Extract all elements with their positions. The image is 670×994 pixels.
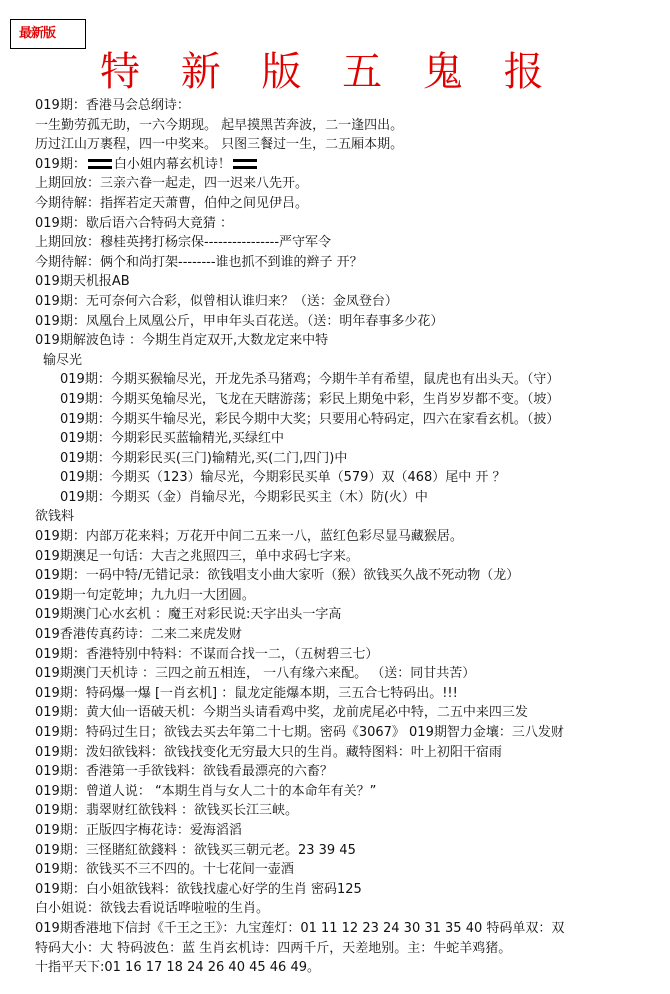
text-line: 019期：欲钱买不三不四的。十七花间一壶酒: [35, 860, 670, 880]
text-line: 019期香港地下信封《千王之王》：九宝莲灯：01 11 12 23 24 30 …: [35, 919, 670, 939]
text-line: 019期解波色诗 ：今期生肖定双开,大数龙定来中特: [35, 331, 670, 351]
text-line: 一生勤劳孤无助，一六今期现。 起早摸黑苦奔波，二一逢四出。: [35, 116, 670, 136]
text-line: 019期：泼妇欲钱料：欲钱找变化无穷最大只的生肖。藏特图料：叶上初阳干宿雨: [35, 743, 670, 763]
text-line: 今期待解：俩个和尚打架--------谁也抓不到谁的辫子 开？: [35, 253, 670, 273]
text-line: 019香港传真药诗：二来二来虎发财: [35, 625, 670, 645]
text-line: 019期澳足一句话：大吉之兆照四三，单中求码七字来。: [35, 547, 670, 567]
text-line: 019期：白小姐欲钱料：欲钱找虚心好学的生肖 密码125: [35, 880, 670, 900]
section-heading: 019期天机报AB: [35, 272, 670, 292]
badge-label: 最新版: [19, 22, 55, 41]
line-prefix: 019期：: [35, 157, 86, 172]
text-line: 019期：今期买（金）肖输尽光，今期彩民买主（木）防(火）中: [35, 488, 670, 508]
text-line: 019期：三怪賭紅欲錢料 ：欲钱买三朝元老。23 39 45: [35, 841, 670, 861]
text-line: 019期：内部万花来料；万花开中间二五来一八，蓝红色彩尽显马藏猴居。: [35, 527, 670, 547]
text-line: 019期：香港马会总纲诗：: [35, 96, 670, 116]
double-bar-icon: [88, 159, 112, 169]
text-line: 特码大小：大 特码波色：蓝 生肖玄机诗：四两千斤，天差地别。主：牛蛇羊鸡猪。: [35, 939, 670, 959]
section-heading: 欲钱料: [35, 507, 670, 527]
text-line: 019期：香港第一手欲钱料：欲钱看最漂亮的六畜？: [35, 762, 670, 782]
text-line: 019期：无可奈何六合彩，似曾相认谁归来？（送：金凤登台）: [35, 292, 670, 312]
text-line: 019期：翡翠财红欲钱料 ：欲钱买长江三峡。: [35, 801, 670, 821]
text-line: 019期：今期买兔输尽光，飞龙在天瞎游荡；彩民上期兔中彩，生肖岁岁都不变。（坡）: [35, 390, 670, 410]
document-body: 019期：香港马会总纲诗： 一生勤劳孤无助，一六今期现。 起早摸黑苦奔波，二一逢…: [35, 96, 670, 978]
text-line: 019期：特码过生日；欲钱去买去年第二十七期。密码《3067》 019期智力金壤…: [35, 723, 670, 743]
text-line: 019期：黄大仙一语破天机：今期当头请看鸡中奖，龙前虎尾必中特，二五中来四三发: [35, 703, 670, 723]
text-line: 019期一句定乾坤；九九归一大团圆。: [35, 586, 670, 606]
text-line: 019期：歇后语六合特码大竟猜 ：: [35, 214, 670, 234]
text-line: 十指平天下:01 16 17 18 24 26 40 45 46 49。: [35, 958, 670, 978]
text-line: 历过江山万裹程，四一中奖来。 只图三餐过一生，二五厢本期。: [35, 135, 670, 155]
text-line: 019期：曾道人说： “本期生肖与女人二十的本命年有关？”: [35, 782, 670, 802]
text-line: 019期：今期彩民买蓝输精光,买绿红中: [35, 429, 670, 449]
text-line: 019期：今期买牛输尽光，彩民今期中大奖；只要用心特码定，四六在家看玄机。（披）: [35, 410, 670, 430]
text-line: 019期：一码中特/无错记录：欲钱唱支小曲大家听（猴）欲钱买久战不死动物（龙）: [35, 566, 670, 586]
text-line: 上期回放：三亲六眷一起走，四一迟来八先开。: [35, 174, 670, 194]
latest-version-badge: 最新版: [10, 19, 86, 49]
text-line: 019期：香港特别中特料：不谋而合找一二，（五树碧三七）: [35, 645, 670, 665]
text-line: 白小姐说：欲钱去看说话哗啦啦的生肖。: [35, 899, 670, 919]
text-line: 019期：特码爆一爆 [一肖玄机] ：鼠龙定能爆本期，三五合七特码出。!!!: [35, 684, 670, 704]
double-bar-icon: [233, 159, 257, 169]
section-heading: 输尽光: [35, 351, 670, 371]
text-line: 019期澳门心水玄机 ：魔王对彩民说:天字出头一字高: [35, 605, 670, 625]
text-line: 019期：今期买（123）输尽光，今期彩民买单（579）双（468）尾中 开 ？: [35, 468, 670, 488]
text-line: 019期：今期买猴输尽光，开龙先杀马猪鸡；今期牛羊有希望，鼠虎也有出头天。（守）: [35, 370, 670, 390]
line-content: 白小姐内幕玄机诗！: [114, 157, 231, 172]
text-line: 019期：正版四字梅花诗：爱海滔滔: [35, 821, 670, 841]
text-line: 019期澳门天机诗 ：三四之前五相连， 一八有缘六来配。 （送：同甘共苦）: [35, 664, 670, 684]
text-line: 019期：凤凰台上凤凰公斤，甲申年头百花送。（送：明年春事多少花）: [35, 312, 670, 332]
text-line: 上期回放：穆桂英拷打杨宗保----------------严守军令: [35, 233, 670, 253]
text-line: 今期待解：指挥若定天萧曹，伯仲之间见伊吕。: [35, 194, 670, 214]
text-line: 019期：今期彩民买(三门)输精光,买(二门,四门)中: [35, 449, 670, 469]
text-line: 019期：白小姐内幕玄机诗！: [35, 155, 670, 175]
page-title: 特 新 版 五 鬼 报: [100, 40, 558, 97]
